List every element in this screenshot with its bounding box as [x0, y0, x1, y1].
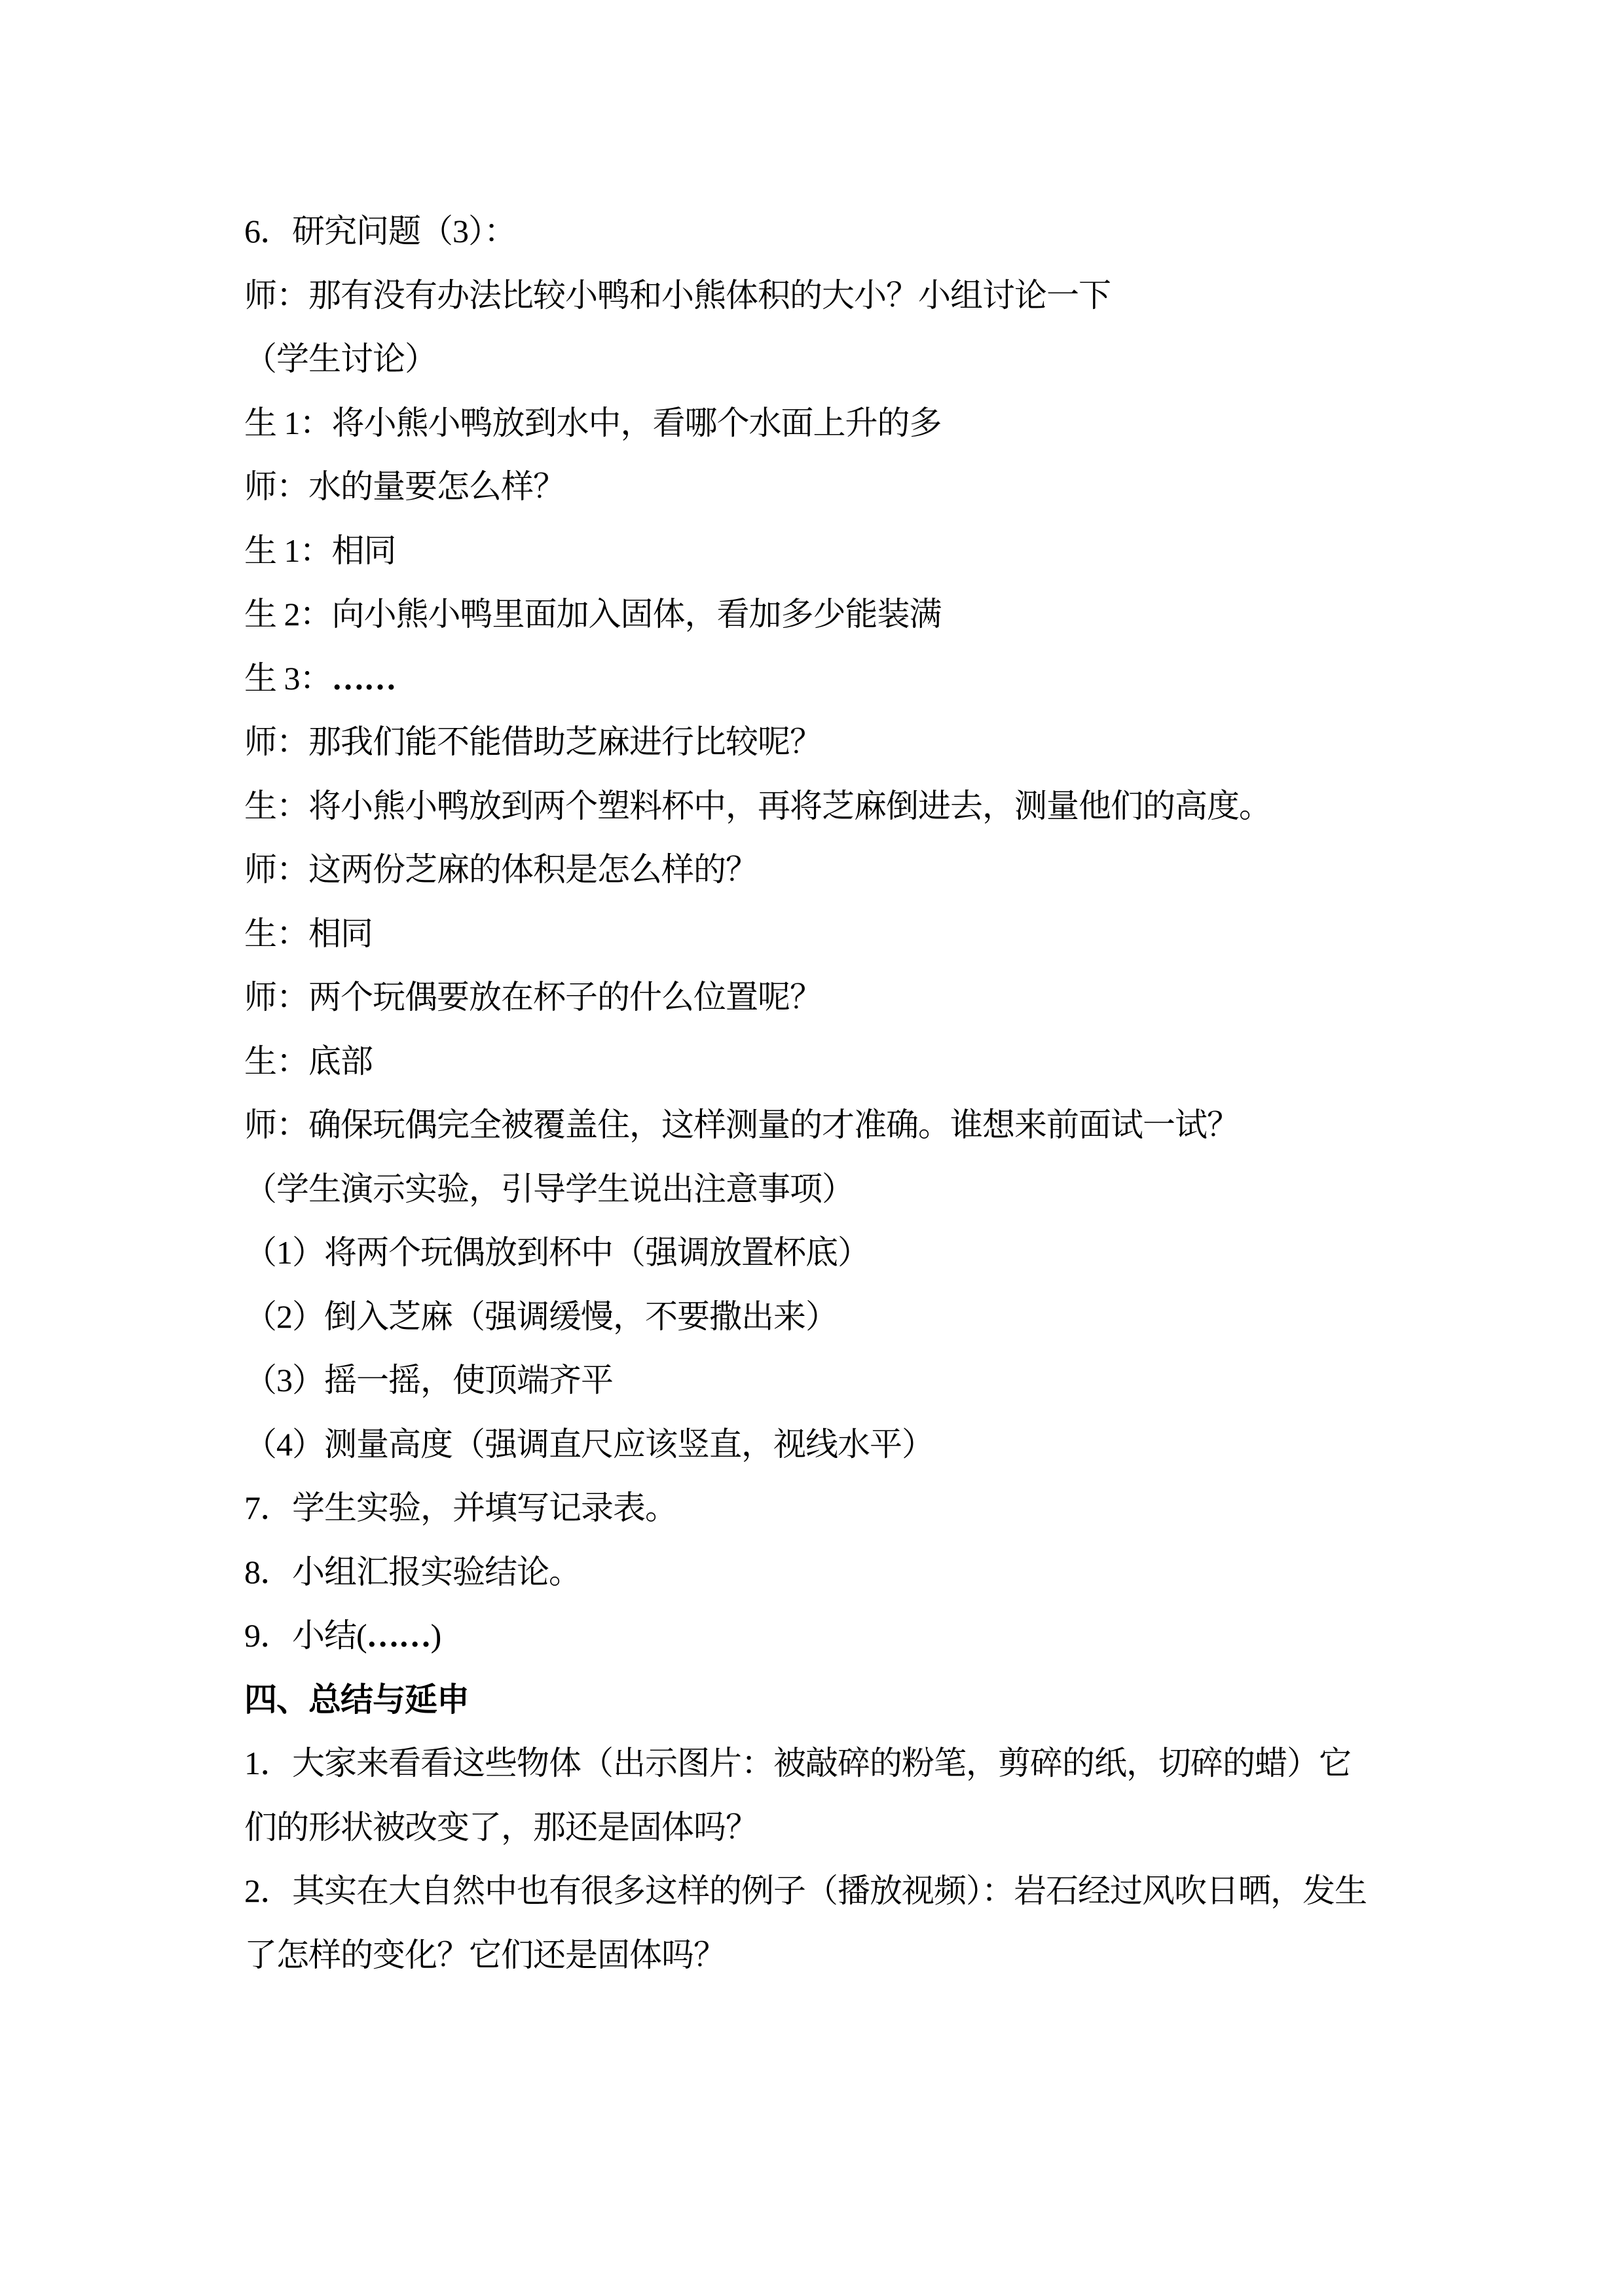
bold-text-run: ……	[332, 660, 396, 697]
text-run: （1）将两个玩偶放到杯中（强调放置杯底）	[244, 1234, 870, 1271]
text-run: （3）摇一摇，使顶端齐平	[244, 1362, 613, 1398]
teacher-line: 师：确保玩偶完全被覆盖住，这样测量的才准确。谁想来前面试一试？	[244, 1093, 1416, 1157]
step-item-1: （1）将两个玩偶放到杯中（强调放置杯底）	[244, 1221, 1416, 1285]
teacher-line: 师：水的量要怎么样？	[244, 455, 1416, 519]
text-run: 师：确保玩偶完全被覆盖住，这样测量的才准确。谁想来前面试一试？	[244, 1106, 1239, 1143]
text-run: 师：那我们能不能借助芝麻进行比较呢？	[244, 723, 822, 760]
text-run: 们的形状被改变了，那还是固体吗？	[244, 1809, 758, 1846]
summary-item-1: 1．大家来看看这些物体（出示图片：被敲碎的粉笔，剪碎的纸，切碎的蜡）它	[244, 1732, 1416, 1796]
text-run: 了怎样的变化？它们还是固体吗？	[244, 1937, 726, 1973]
step-item-4: （4）测量高度（强调直尺应该竖直，视线水平）	[244, 1413, 1416, 1477]
step-item-2: （2）倒入芝麻（强调缓慢，不要撒出来）	[244, 1285, 1416, 1349]
teacher-line: 师：这两份芝麻的体积是怎么样的？	[244, 838, 1416, 902]
text-run: 生 1：相同	[244, 532, 396, 569]
text-run: 9．小结(	[244, 1617, 367, 1654]
student-line: 生：底部	[244, 1030, 1416, 1094]
list-item-9: 9．小结(……)	[244, 1604, 1416, 1668]
text-run: 1．大家来看看这些物体（出示图片：被敲碎的粉笔，剪碎的纸，切碎的蜡）它	[244, 1745, 1351, 1781]
stage-direction: （学生讨论）	[244, 327, 1416, 392]
text-run: 师：那有没有办法比较小鸭和小熊体积的大小？小组讨论一下	[244, 277, 1111, 314]
teacher-line: 师：那我们能不能借助芝麻进行比较呢？	[244, 710, 1416, 774]
summary-item-2-cont: 了怎样的变化？它们还是固体吗？	[244, 1923, 1416, 1988]
text-run: 2．其实在大自然中也有很多这样的例子（播放视频）：岩石经过风吹日晒，发生	[244, 1872, 1367, 1909]
section-heading: 四、总结与延申	[244, 1668, 1416, 1732]
teacher-line: 师：两个玩偶要放在杯子的什么位置呢？	[244, 966, 1416, 1030]
list-item-7: 7．学生实验，并填写记录表。	[244, 1476, 1416, 1540]
stage-direction: （学生演示实验，引导学生说出注意事项）	[244, 1157, 1416, 1222]
text-run: （学生讨论）	[244, 340, 437, 377]
text-run: 生：将小熊小鸭放到两个塑料杯中，再将芝麻倒进去，测量他们的高度。	[244, 788, 1271, 824]
student-line: 生：相同	[244, 902, 1416, 966]
summary-item-1-cont: 们的形状被改变了，那还是固体吗？	[244, 1796, 1416, 1860]
student-line: 生 2：向小熊小鸭里面加入固体，看加多少能装满	[244, 583, 1416, 647]
text-run: （学生演示实验，引导学生说出注意事项）	[244, 1171, 854, 1207]
student-line: 生 3：……	[244, 647, 1416, 711]
document-body: 6．研究问题（3）：师：那有没有办法比较小鸭和小熊体积的大小？小组讨论一下（学生…	[244, 200, 1416, 1987]
bold-text-run: ……	[367, 1617, 431, 1654]
document-page: 6．研究问题（3）：师：那有没有办法比较小鸭和小熊体积的大小？小组讨论一下（学生…	[0, 0, 1624, 2296]
text-run: 生：底部	[244, 1043, 373, 1080]
text-run: 师：这两份芝麻的体积是怎么样的？	[244, 851, 758, 888]
text-run: )	[431, 1617, 441, 1654]
text-run: 师：两个玩偶要放在杯子的什么位置呢？	[244, 979, 822, 1015]
text-run: （4）测量高度（强调直尺应该竖直，视线水平）	[244, 1426, 934, 1463]
summary-item-2: 2．其实在大自然中也有很多这样的例子（播放视频）：岩石经过风吹日晒，发生	[244, 1859, 1416, 1923]
step-item-3: （3）摇一摇，使顶端齐平	[244, 1349, 1416, 1413]
student-line: 生：将小熊小鸭放到两个塑料杯中，再将芝麻倒进去，测量他们的高度。	[244, 774, 1416, 839]
text-run: 生：相同	[244, 915, 373, 952]
list-item-8: 8．小组汇报实验结论。	[244, 1540, 1416, 1605]
bold-text-run: 四、总结与延申	[244, 1681, 469, 1718]
text-run: 生 3：	[244, 660, 332, 697]
text-run: 8．小组汇报实验结论。	[244, 1554, 581, 1590]
text-run: 生 1：将小熊小鸭放到水中，看哪个水面上升的多	[244, 405, 942, 441]
text-run: 7．学生实验，并填写记录表。	[244, 1489, 677, 1526]
text-run: 6．研究问题（3）：	[244, 213, 516, 249]
list-item-6: 6．研究问题（3）：	[244, 200, 1416, 264]
teacher-line: 师：那有没有办法比较小鸭和小熊体积的大小？小组讨论一下	[244, 264, 1416, 328]
student-line: 生 1：将小熊小鸭放到水中，看哪个水面上升的多	[244, 392, 1416, 456]
text-run: 生 2：向小熊小鸭里面加入固体，看加多少能装满	[244, 596, 942, 632]
student-line: 生 1：相同	[244, 519, 1416, 583]
text-run: 师：水的量要怎么样？	[244, 468, 565, 505]
text-run: （2）倒入芝麻（强调缓慢，不要撒出来）	[244, 1298, 838, 1335]
